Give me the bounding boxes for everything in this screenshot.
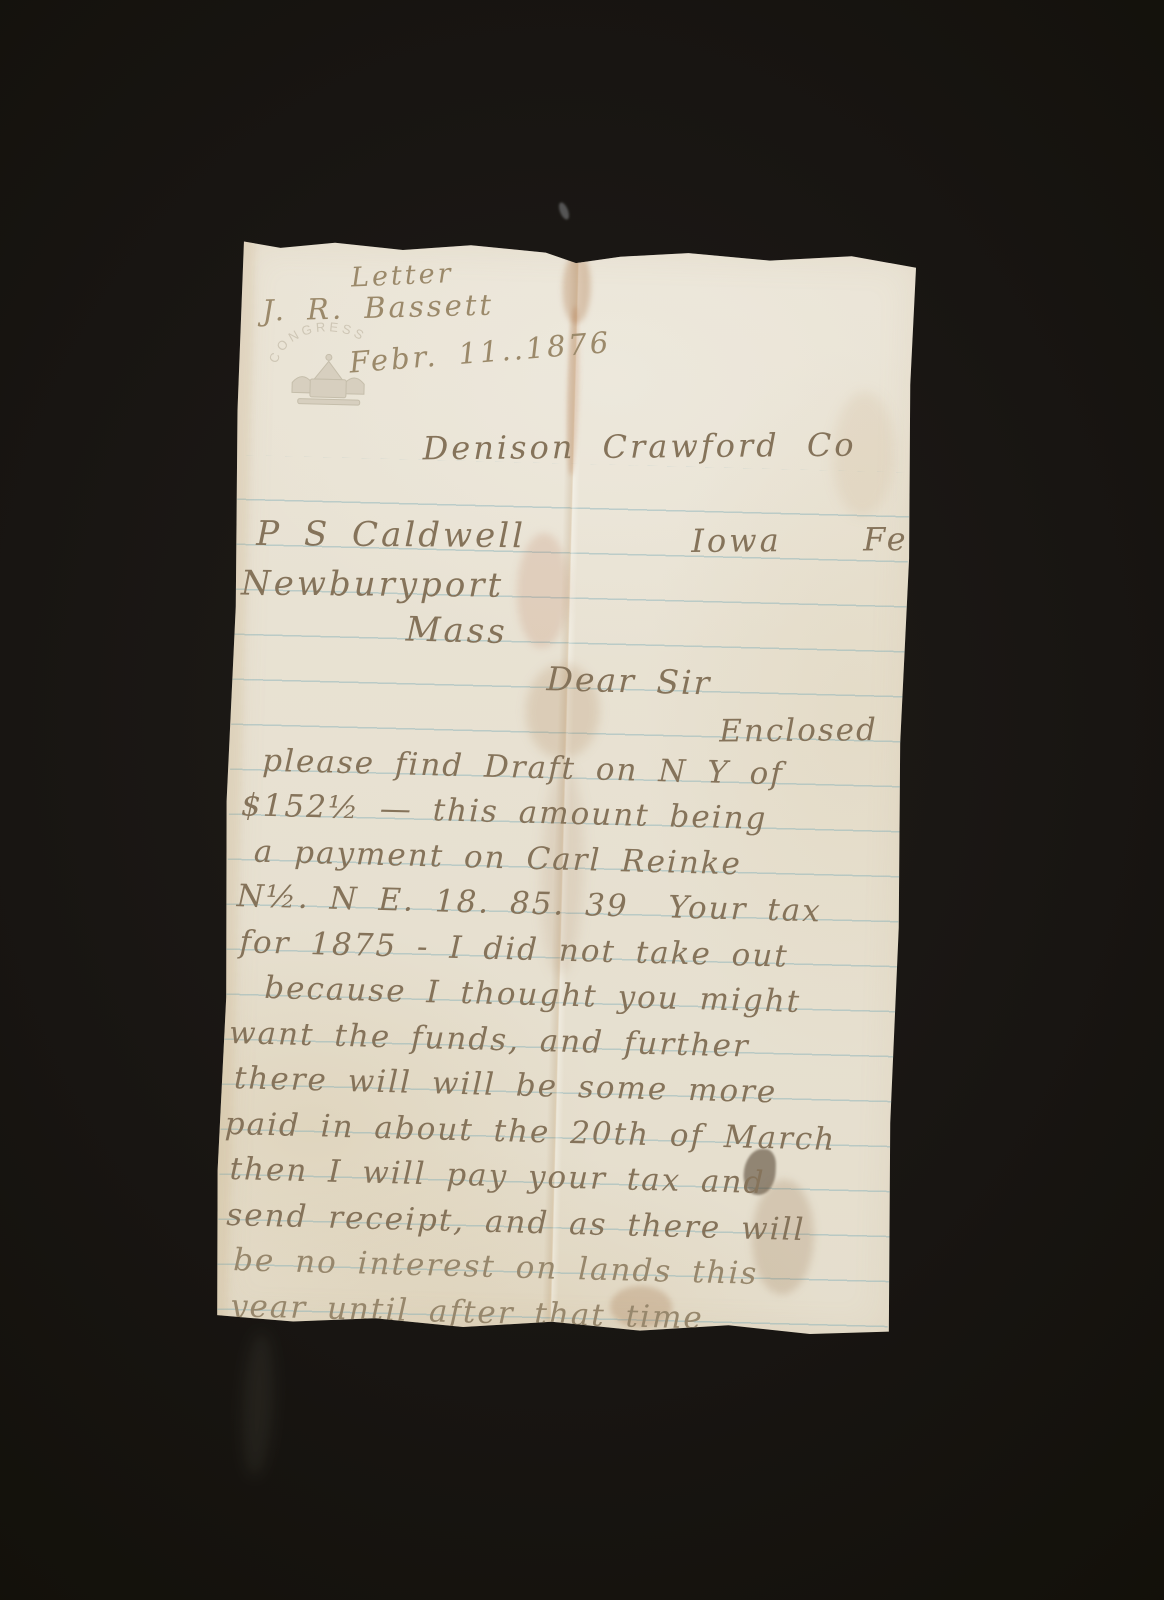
address-state: Mass	[405, 611, 508, 651]
heading-date: Iowa Feb 11th/76	[528, 484, 1089, 596]
letter-paper: CONGRESS Letter J. R. Bassett Febr. 11..…	[212, 237, 920, 1340]
letter-body-line: please find Draft on N Y of	[262, 744, 784, 792]
letter-body-line: because I thought you might	[264, 971, 802, 1019]
heading-date-ordinal: th	[1006, 518, 1028, 540]
letter-body-line: year until after that time	[230, 1289, 705, 1335]
letter-body-line: be no interest on lands this	[233, 1243, 759, 1291]
letter-body-line: there will will be some more	[234, 1061, 778, 1109]
letter-body-line: send receipt, and as there will	[226, 1198, 806, 1247]
letter-body-line: $152½ — this amount being	[241, 788, 768, 836]
mat-fleck	[557, 201, 571, 221]
photo-background: CONGRESS Letter J. R. Bassett Febr. 11..…	[0, 0, 1164, 1600]
letter-body-line: a payment on Carl Reinke	[253, 835, 742, 882]
letter-body-line: want the funds, and further	[229, 1016, 750, 1064]
letter-body-line: then I will pay your tax and	[229, 1152, 766, 1200]
annotation-author: J. R. Bassett	[262, 290, 495, 328]
heading-date-main: Iowa Feb 11	[691, 519, 1006, 560]
address-recipient-name: P S Caldwell	[256, 516, 526, 556]
letter-body-line: paid in about the 20th of March	[224, 1107, 836, 1157]
heading-place: Denison Crawford Co	[422, 428, 856, 467]
address-city: Newburyport	[241, 565, 505, 605]
heading-date-year: /76	[1028, 519, 1089, 558]
stain-fold-top	[562, 251, 592, 324]
mat-smudge	[239, 1331, 277, 1477]
letter-body-line: for 1875 - I did not take out	[239, 925, 789, 973]
salutation: Dear Sir	[546, 661, 712, 702]
opening-word: Enclosed	[719, 713, 878, 748]
letter-body-line: N½. N E. 18. 85. 39 Your tax	[236, 879, 822, 928]
